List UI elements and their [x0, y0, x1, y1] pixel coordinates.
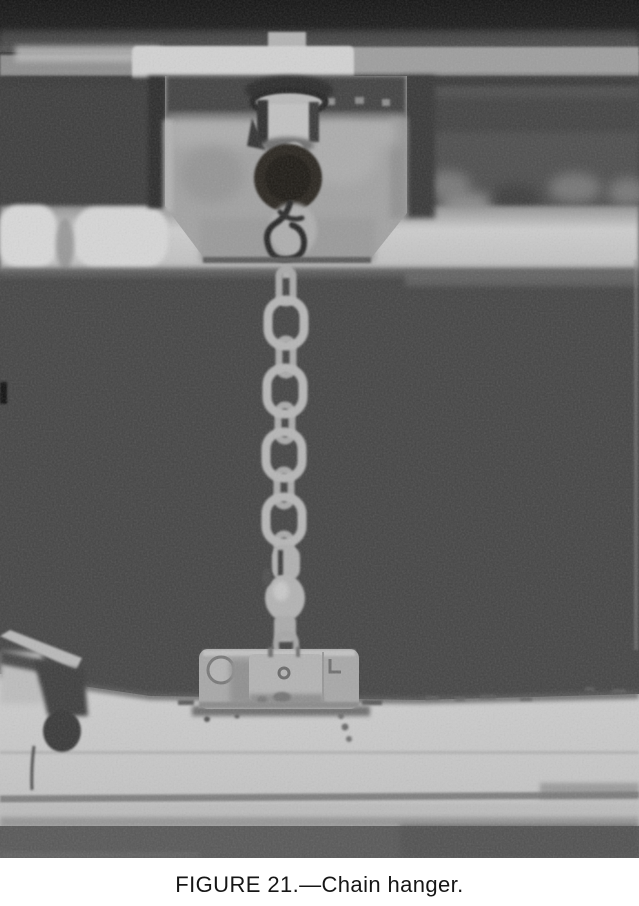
document-page: FIGURE 21.—Chain hanger.	[0, 0, 639, 906]
chain-hanger-photo-canvas	[0, 0, 639, 858]
figure-caption: FIGURE 21.—Chain hanger.	[0, 872, 639, 898]
figure-21: FIGURE 21.—Chain hanger.	[0, 0, 639, 898]
film-grain-overlay	[0, 0, 639, 858]
chain-hanger-photo	[0, 0, 639, 858]
